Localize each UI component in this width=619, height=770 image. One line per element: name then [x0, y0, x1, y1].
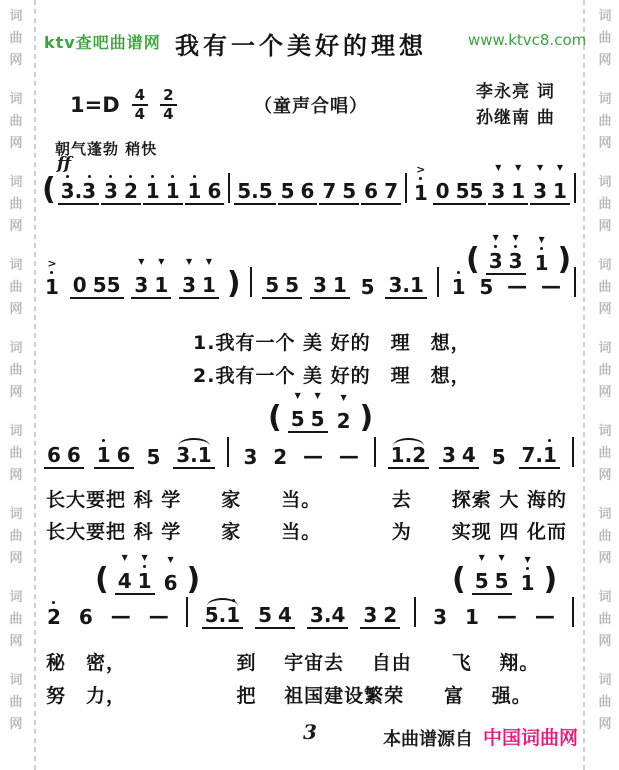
note-cell: 5	[456, 162, 470, 203]
meter1-numerator: 4	[132, 88, 148, 106]
watermark-char: 曲	[9, 360, 22, 382]
note-cell: 1	[188, 162, 202, 203]
notation-paren: )	[227, 269, 241, 299]
watermark-char: 曲	[9, 692, 22, 714]
note-cell: 4	[331, 586, 345, 627]
note-cell: >1	[414, 164, 428, 205]
right-border-watermark: 词曲网词曲网词曲网词曲网词曲网词曲网词曲网词曲网词曲网	[592, 6, 618, 770]
watermark-char: 曲	[598, 111, 611, 133]
note-cell: 3	[176, 426, 190, 467]
note-cell: 2	[273, 428, 287, 469]
note-group: 3.4	[307, 586, 348, 629]
watermark-char: 网	[598, 548, 611, 570]
watermark-group: 词曲网	[598, 587, 611, 653]
meter-fraction-1: 4 4	[132, 88, 148, 122]
sustain-dash: —	[336, 443, 362, 469]
watermark-group: 词曲网	[598, 504, 611, 570]
notation-line-4: 26——5.1543.43231——	[44, 586, 576, 629]
watermark-char: 网	[9, 50, 22, 72]
lyric-line-3a: 长大要把 科 学 家 当。 去 探索 大 海的	[46, 485, 567, 512]
watermark-char: 网	[598, 465, 611, 487]
note-cell: 6	[67, 426, 81, 467]
note-cell: 1	[391, 426, 405, 467]
note-cell: 7	[522, 426, 536, 467]
watermark-char: 词	[598, 587, 611, 609]
note-group: ▼3▼1	[131, 256, 171, 299]
note-group: 11	[143, 162, 183, 205]
watermark-char: 词	[9, 670, 22, 692]
watermark-group: 词曲网	[598, 89, 611, 155]
note-cell: 0	[436, 162, 450, 203]
key-signature: 1=D 4 4 2 4	[70, 88, 177, 122]
note-cell: ▼1	[511, 162, 525, 203]
note-cell: 3	[310, 586, 324, 627]
note-group: 1.2	[388, 426, 429, 469]
note-group: 1	[449, 258, 469, 299]
note-cell: 1	[543, 426, 557, 467]
note-cell: ▼3	[491, 162, 505, 203]
watermark-char: 词	[598, 670, 611, 692]
watermark-char: 曲	[9, 526, 22, 548]
note-group: 5	[143, 428, 163, 469]
watermark-char: 网	[598, 631, 611, 653]
meter-fraction-2: 2 4	[160, 88, 176, 122]
watermark-group: 词曲网	[598, 172, 611, 238]
note-cell: ▼5	[311, 390, 325, 431]
note-cell: 5	[361, 258, 375, 299]
watermark-char: 词	[598, 504, 611, 526]
watermark-char: 曲	[9, 111, 22, 133]
note-cell: 3	[104, 162, 118, 203]
watermark-char: 曲	[598, 277, 611, 299]
watermark-char: 曲	[9, 194, 22, 216]
notation-line-1: (3.33211165.5567567>1055▼3▼1▼3▼1	[42, 162, 578, 205]
note-cell: .	[402, 256, 410, 297]
note-cell: .	[405, 426, 413, 467]
watermark-char: 词	[598, 6, 611, 28]
watermark-char: 曲	[598, 526, 611, 548]
note-cell: 1	[452, 258, 466, 299]
note-cell: 3	[61, 162, 75, 203]
barline	[414, 597, 416, 627]
watermark-char: 词	[598, 338, 611, 360]
sustain-dash: —	[494, 603, 520, 629]
note-cell: 2	[383, 586, 397, 627]
note-cell: .	[535, 426, 543, 467]
note-cell: 5	[107, 256, 121, 297]
barline	[186, 597, 188, 627]
note-group: 5	[476, 258, 496, 299]
watermark-char: 网	[9, 299, 22, 321]
site-link-right[interactable]: www.ktvc8.com	[468, 31, 586, 49]
note-cell: 5	[479, 258, 493, 299]
watermark-char: 网	[9, 548, 22, 570]
notation-line-2: >1055▼3▼1▼3▼1)553153.115——	[42, 256, 578, 299]
note-cell: 5	[205, 586, 219, 627]
barline	[227, 437, 229, 467]
watermark-char: 曲	[9, 277, 22, 299]
watermark-char: 网	[598, 50, 611, 72]
watermark-group: 词曲网	[9, 587, 22, 653]
note-cell: 5	[281, 162, 295, 203]
barline	[574, 267, 576, 297]
barline	[437, 267, 439, 297]
watermark-char: 词	[598, 255, 611, 277]
note-cell: 6	[47, 426, 61, 467]
note-cell: 5	[93, 256, 107, 297]
barline	[250, 267, 252, 297]
note-cell: 5	[492, 428, 506, 469]
note-cell: .	[219, 586, 227, 627]
sustain-dash: —	[300, 443, 326, 469]
note-group: 56	[278, 162, 318, 205]
note-cell: ▼5	[291, 390, 305, 431]
watermark-char: 曲	[598, 360, 611, 382]
composer-credit: 孙继南 曲	[476, 103, 555, 128]
note-cell: ▼3	[533, 162, 547, 203]
watermark-char: 曲	[9, 443, 22, 465]
watermark-char: 网	[598, 133, 611, 155]
note-group: 055	[70, 256, 124, 299]
note-cell: 1	[166, 162, 180, 203]
sustain-dash: —	[532, 603, 558, 629]
barline	[405, 173, 407, 203]
note-group: >1	[411, 164, 431, 205]
note-cell: 4	[462, 426, 476, 467]
watermark-char: 词	[598, 172, 611, 194]
note-group: 3.1	[173, 426, 214, 469]
watermark-group: 词曲网	[9, 255, 22, 321]
lyric-line-5a: 秘 密， 到 宇宙去 自由 飞 翔。	[46, 648, 539, 675]
watermark-char: 网	[9, 631, 22, 653]
note-group: 2	[270, 428, 290, 469]
meter2-denominator: 4	[163, 106, 173, 122]
left-dashed-divider	[34, 0, 36, 770]
note-cell: 1	[465, 588, 479, 629]
note-group: 055	[433, 162, 487, 205]
note-cell: 7	[322, 162, 336, 203]
sustain-dash: —	[504, 273, 530, 299]
note-group: 5	[358, 258, 378, 299]
watermark-char: 网	[9, 133, 22, 155]
note-cell: ▼1	[553, 162, 567, 203]
meter1-denominator: 4	[135, 106, 145, 122]
watermark-group: 词曲网	[9, 89, 22, 155]
lyric-line-3b: 长大要把 科 学 家 当。 为 实现 四 化而	[46, 517, 567, 544]
note-cell: 1	[333, 256, 347, 297]
note-group: ▼3▼1	[179, 256, 219, 299]
watermark-group: 词曲网	[9, 421, 22, 487]
watermark-char: 曲	[598, 609, 611, 631]
sheet-music-page: 词曲网词曲网词曲网词曲网词曲网词曲网词曲网词曲网词曲网 词曲网词曲网词曲网词曲网…	[0, 0, 619, 770]
lyricist-credit: 李永亮 词	[476, 77, 555, 102]
key-label: 1=D	[70, 93, 120, 117]
note-cell: 2	[47, 588, 61, 629]
watermark-char: 曲	[9, 609, 22, 631]
note-cell: 2	[124, 162, 138, 203]
note-cell: 6	[79, 588, 93, 629]
notation-line-3: 661653.132——1.23457.1	[44, 426, 576, 469]
watermark-char: 曲	[598, 443, 611, 465]
note-cell: ▼1	[202, 256, 216, 297]
watermark-char: 词	[9, 421, 22, 443]
right-dashed-divider	[583, 0, 585, 770]
note-cell: >1	[45, 258, 59, 299]
watermark-char: 词	[9, 338, 22, 360]
sustain-dash: —	[538, 273, 564, 299]
watermark-char: 词	[9, 172, 22, 194]
note-group: ▼3▼1	[530, 162, 570, 205]
barline	[572, 437, 574, 467]
note-group: >1	[42, 258, 62, 299]
watermark-char: 网	[598, 714, 611, 736]
lyric-line-5b: 努 力， 把 祖国建设繁荣 富 强。	[46, 681, 532, 708]
note-cell: 5	[258, 586, 272, 627]
watermark-char: 词	[598, 421, 611, 443]
brand-link[interactable]: 中国词曲网	[483, 723, 578, 750]
note-cell: 6	[117, 426, 131, 467]
note-group: 66	[44, 426, 84, 469]
note-cell: 6	[301, 162, 315, 203]
watermark-char: 网	[9, 465, 22, 487]
note-group: 54	[255, 586, 295, 629]
note-group: 3.3	[58, 162, 99, 205]
note-cell: ▼3	[182, 256, 196, 297]
note-cell: 4	[278, 586, 292, 627]
note-group: 1	[462, 588, 482, 629]
source-label: 本曲谱源自	[383, 725, 473, 751]
watermark-group: 词曲网	[598, 421, 611, 487]
note-group: 3	[430, 588, 450, 629]
watermark-char: 网	[9, 714, 22, 736]
note-cell: ▼3	[134, 256, 148, 297]
note-group: 5.5	[234, 162, 275, 205]
note-cell: 0	[73, 256, 87, 297]
note-group: 32	[101, 162, 141, 205]
note-cell: .	[251, 162, 259, 203]
ensemble-label: （童声合唱）	[254, 92, 368, 118]
watermark-char: 曲	[9, 28, 22, 50]
page-number: 3	[303, 720, 317, 744]
barline	[572, 597, 574, 627]
note-cell: 3	[363, 586, 377, 627]
note-cell: 6	[207, 162, 221, 203]
site-link-left[interactable]: ktv查吧曲谱网	[44, 30, 161, 53]
note-group: 2	[44, 588, 64, 629]
watermark-char: 词	[9, 504, 22, 526]
note-cell: 5	[146, 428, 160, 469]
note-cell: 5	[265, 256, 279, 297]
watermark-group: 词曲网	[598, 670, 611, 736]
song-title: 我有一个美好的理想	[175, 26, 455, 61]
note-cell: 3	[442, 426, 456, 467]
watermark-char: 曲	[598, 692, 611, 714]
watermark-char: 网	[598, 299, 611, 321]
note-group: ▼3▼1	[488, 162, 528, 205]
barline	[374, 437, 376, 467]
note-group: 31	[310, 256, 350, 299]
note-group: 67	[361, 162, 401, 205]
note-group: 16	[94, 426, 134, 469]
note-cell: 1	[410, 256, 424, 297]
watermark-char: 网	[9, 382, 22, 404]
watermark-char: 词	[9, 255, 22, 277]
note-cell: 3	[433, 588, 447, 629]
sustain-dash: —	[108, 603, 134, 629]
note-group: 3	[240, 428, 260, 469]
watermark-char: 词	[9, 6, 22, 28]
note-group: 32	[360, 586, 400, 629]
lyric-line-verse1: 1.我有一个 美 好的 理 想，	[193, 328, 471, 355]
note-cell: 1	[198, 426, 212, 467]
note-cell: 3	[388, 256, 402, 297]
watermark-group: 词曲网	[9, 6, 22, 72]
watermark-group: 词曲网	[598, 255, 611, 321]
watermark-char: 网	[598, 382, 611, 404]
note-cell: 7	[384, 162, 398, 203]
watermark-char: 词	[9, 587, 22, 609]
barline	[574, 173, 576, 203]
note-group: 55	[262, 256, 302, 299]
watermark-char: 曲	[598, 194, 611, 216]
note-group: 6	[76, 588, 96, 629]
note-group: 3.1	[385, 256, 426, 299]
note-cell: 5	[237, 162, 251, 203]
note-group: 16	[185, 162, 225, 205]
lyric-line-verse2: 2.我有一个 美 好的 理 想，	[193, 361, 471, 388]
barline	[228, 173, 230, 203]
watermark-group: 词曲网	[598, 338, 611, 404]
watermark-group: 词曲网	[598, 6, 611, 72]
note-cell: 5	[285, 256, 299, 297]
note-cell: 1	[226, 586, 240, 627]
note-cell: .	[190, 426, 198, 467]
watermark-char: 曲	[598, 28, 611, 50]
note-cell: .	[324, 586, 332, 627]
note-cell: 1	[146, 162, 160, 203]
watermark-char: 词	[9, 89, 22, 111]
sustain-dash: —	[146, 603, 172, 629]
watermark-char: 词	[598, 89, 611, 111]
watermark-char: 网	[598, 216, 611, 238]
note-group: 5.1	[202, 586, 243, 629]
note-cell: 1	[97, 426, 111, 467]
note-cell: 3	[243, 428, 257, 469]
note-cell: 5	[259, 162, 273, 203]
note-group: 75	[319, 162, 359, 205]
note-cell: 5	[342, 162, 356, 203]
meter2-numerator: 2	[160, 88, 176, 106]
watermark-group: 词曲网	[9, 172, 22, 238]
note-cell: 3	[313, 256, 327, 297]
note-cell: 2	[412, 426, 426, 467]
note-cell: 5	[470, 162, 484, 203]
note-group: 7.1	[519, 426, 560, 469]
watermark-group: 词曲网	[9, 504, 22, 570]
watermark-group: 词曲网	[9, 338, 22, 404]
note-cell: ▼1	[154, 256, 168, 297]
note-cell: .	[75, 162, 83, 203]
watermark-group: 词曲网	[9, 670, 22, 736]
watermark-char: 网	[9, 216, 22, 238]
note-group: 5	[489, 428, 509, 469]
notation-paren: (	[42, 175, 56, 205]
left-border-watermark: 词曲网词曲网词曲网词曲网词曲网词曲网词曲网词曲网词曲网	[3, 6, 29, 770]
note-cell: 6	[364, 162, 378, 203]
note-cell: 3	[82, 162, 96, 203]
note-group: 34	[439, 426, 479, 469]
